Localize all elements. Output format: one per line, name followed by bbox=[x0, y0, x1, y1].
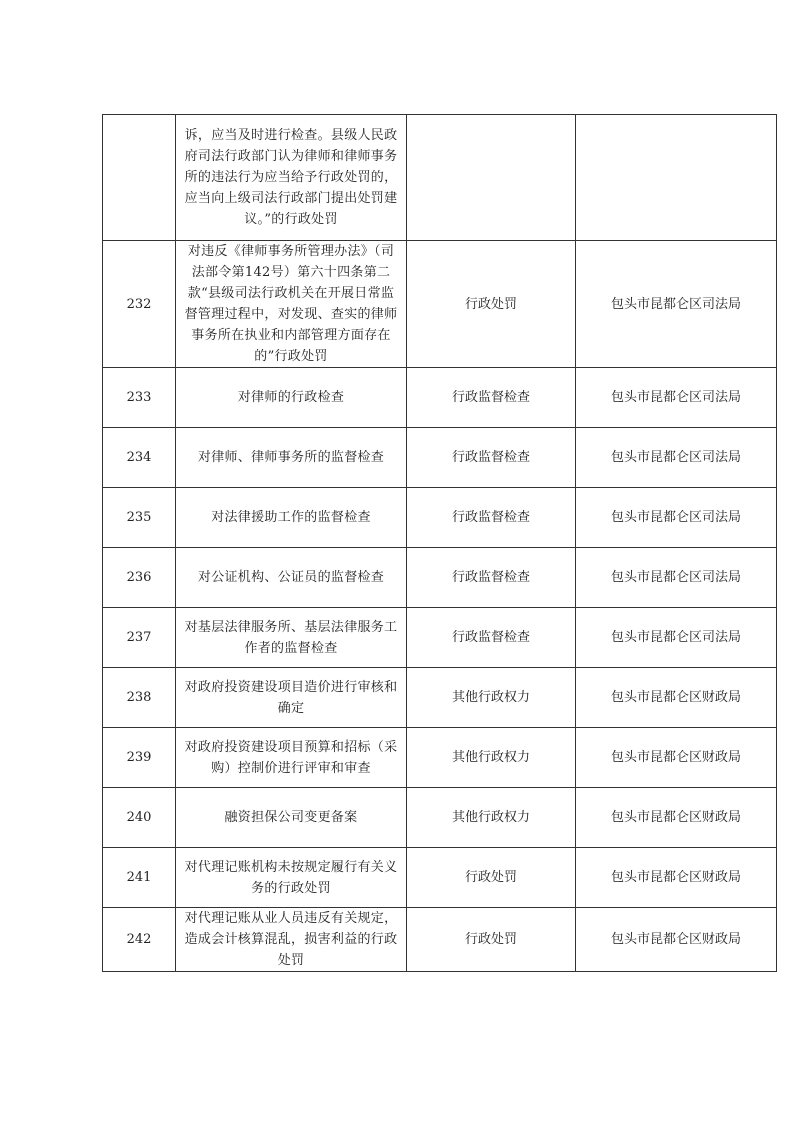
table-row: 239 对政府投资建设项目预算和招标（采购）控制价进行评审和审查 其他行政权力 … bbox=[103, 728, 777, 788]
row-number: 235 bbox=[103, 488, 176, 548]
department: 包头市昆都仑区司法局 bbox=[576, 428, 777, 488]
power-type: 行政监督检查 bbox=[407, 488, 576, 548]
power-name: 融资担保公司变更备案 bbox=[176, 788, 407, 848]
row-number: 240 bbox=[103, 788, 176, 848]
row-number: 236 bbox=[103, 548, 176, 608]
department: 包头市昆都仑区财政局 bbox=[576, 788, 777, 848]
power-type: 其他行政权力 bbox=[407, 668, 576, 728]
row-number: 238 bbox=[103, 668, 176, 728]
row-number bbox=[103, 115, 176, 241]
power-type: 行政处罚 bbox=[407, 241, 576, 368]
power-name: 对法律援助工作的监督检查 bbox=[176, 488, 407, 548]
table-row: 233 对律师的行政检查 行政监督检查 包头市昆都仑区司法局 bbox=[103, 368, 777, 428]
department: 包头市昆都仑区司法局 bbox=[576, 368, 777, 428]
power-type: 行政处罚 bbox=[407, 848, 576, 908]
power-type: 行政监督检查 bbox=[407, 368, 576, 428]
row-number: 242 bbox=[103, 908, 176, 972]
department: 包头市昆都仑区财政局 bbox=[576, 668, 777, 728]
department: 包头市昆都仑区财政局 bbox=[576, 728, 777, 788]
table-row: 238 对政府投资建设项目造价进行审核和确定 其他行政权力 包头市昆都仑区财政局 bbox=[103, 668, 777, 728]
power-type: 其他行政权力 bbox=[407, 728, 576, 788]
power-name: 对公证机构、公证员的监督检查 bbox=[176, 548, 407, 608]
department: 包头市昆都仑区财政局 bbox=[576, 848, 777, 908]
power-name: 对政府投资建设项目预算和招标（采购）控制价进行评审和审查 bbox=[176, 728, 407, 788]
department: 包头市昆都仑区司法局 bbox=[576, 548, 777, 608]
power-type: 其他行政权力 bbox=[407, 788, 576, 848]
department: 包头市昆都仑区司法局 bbox=[576, 241, 777, 368]
power-type: 行政处罚 bbox=[407, 908, 576, 972]
row-number: 233 bbox=[103, 368, 176, 428]
table-row: 235 对法律援助工作的监督检查 行政监督检查 包头市昆都仑区司法局 bbox=[103, 488, 777, 548]
department: 包头市昆都仑区财政局 bbox=[576, 908, 777, 972]
department: 包头市昆都仑区司法局 bbox=[576, 608, 777, 668]
administrative-power-table: 诉，应当及时进行检查。县级人民政府司法行政部门认为律师和律师事务所的违法行为应当… bbox=[102, 114, 777, 972]
row-number: 234 bbox=[103, 428, 176, 488]
table-row: 诉，应当及时进行检查。县级人民政府司法行政部门认为律师和律师事务所的违法行为应当… bbox=[103, 115, 777, 241]
table-row: 237 对基层法律服务所、基层法律服务工作者的监督检查 行政监督检查 包头市昆都… bbox=[103, 608, 777, 668]
row-number: 232 bbox=[103, 241, 176, 368]
power-type: 行政监督检查 bbox=[407, 548, 576, 608]
table-row: 240 融资担保公司变更备案 其他行政权力 包头市昆都仑区财政局 bbox=[103, 788, 777, 848]
power-name: 对代理记账从业人员违反有关规定，造成会计核算混乱，损害利益的行政处罚 bbox=[176, 908, 407, 972]
power-name: 对律师的行政检查 bbox=[176, 368, 407, 428]
power-name: 对基层法律服务所、基层法律服务工作者的监督检查 bbox=[176, 608, 407, 668]
power-type: 行政监督检查 bbox=[407, 428, 576, 488]
row-number: 237 bbox=[103, 608, 176, 668]
table-row: 241 对代理记账机构未按规定履行有关义务的行政处罚 行政处罚 包头市昆都仑区财… bbox=[103, 848, 777, 908]
table-row: 232 对违反《律师事务所管理办法》（司法部令第142号）第六十四条第二款“县级… bbox=[103, 241, 777, 368]
row-number: 239 bbox=[103, 728, 176, 788]
department bbox=[576, 115, 777, 241]
power-name: 对政府投资建设项目造价进行审核和确定 bbox=[176, 668, 407, 728]
power-type bbox=[407, 115, 576, 241]
power-name: 对代理记账机构未按规定履行有关义务的行政处罚 bbox=[176, 848, 407, 908]
table-row: 242 对代理记账从业人员违反有关规定，造成会计核算混乱，损害利益的行政处罚 行… bbox=[103, 908, 777, 972]
row-number: 241 bbox=[103, 848, 176, 908]
power-name: 对律师、律师事务所的监督检查 bbox=[176, 428, 407, 488]
power-name: 对违反《律师事务所管理办法》（司法部令第142号）第六十四条第二款“县级司法行政… bbox=[176, 241, 407, 368]
table-row: 236 对公证机构、公证员的监督检查 行政监督检查 包头市昆都仑区司法局 bbox=[103, 548, 777, 608]
table-row: 234 对律师、律师事务所的监督检查 行政监督检查 包头市昆都仑区司法局 bbox=[103, 428, 777, 488]
department: 包头市昆都仑区司法局 bbox=[576, 488, 777, 548]
document-page: 诉，应当及时进行检查。县级人民政府司法行政部门认为律师和律师事务所的违法行为应当… bbox=[0, 0, 793, 1122]
power-name: 诉，应当及时进行检查。县级人民政府司法行政部门认为律师和律师事务所的违法行为应当… bbox=[176, 115, 407, 241]
power-type: 行政监督检查 bbox=[407, 608, 576, 668]
